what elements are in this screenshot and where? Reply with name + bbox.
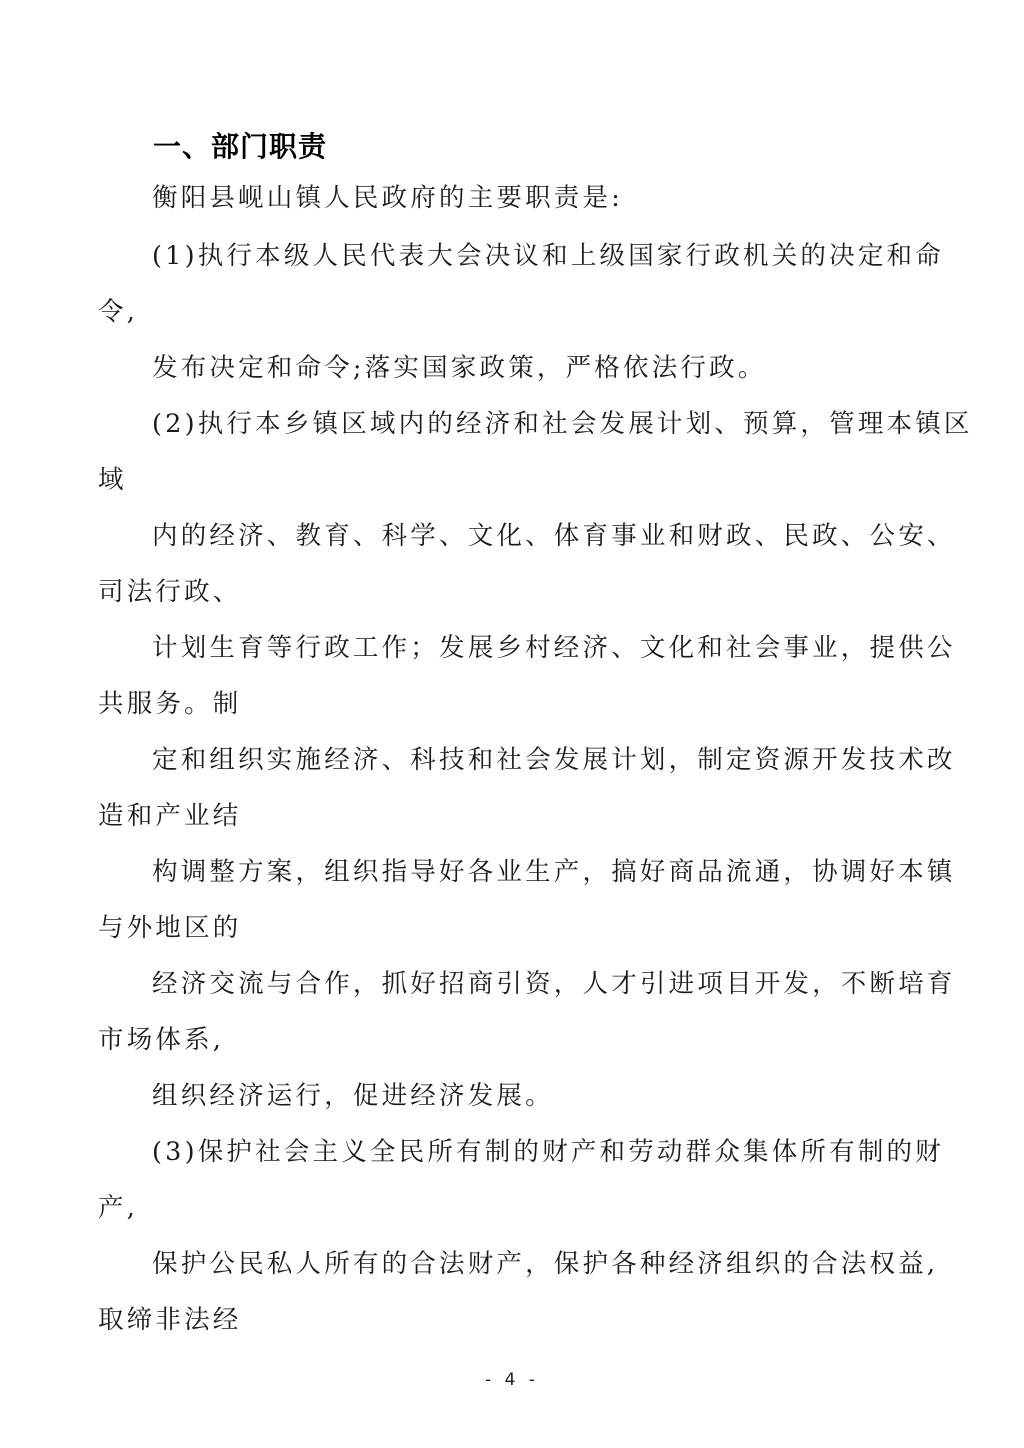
text-line: 造和产业结: [98, 796, 242, 836]
text-line: 发布决定和命令;落实国家政策，严格依法行政。: [152, 348, 767, 388]
page-number: - 4 -: [0, 1370, 1024, 1390]
text-line: 市场体系,: [98, 1020, 224, 1060]
text-line: 计划生育等行政工作；发展乡村经济、文化和社会事业，提供公: [152, 628, 956, 668]
text-line: 定和组织实施经济、科技和社会发展计划，制定资源开发技术改: [152, 740, 956, 780]
text-line: 与外地区的: [98, 908, 242, 948]
text-line: 内的经济、教育、科学、文化、体育事业和财政、民政、公安、: [152, 516, 956, 556]
text-line: 产,: [98, 1188, 138, 1228]
text-line: 令,: [98, 292, 138, 332]
text-line: 共服务。制: [98, 684, 242, 724]
text-line: (2)执行本乡镇区域内的经济和社会发展计划、预算，管理本镇区: [152, 404, 973, 444]
text-line: (1)执行本级人民代表大会决议和上级国家行政机关的决定和命: [152, 236, 944, 276]
document-page: 一、部门职责 衡阳县岘山镇人民政府的主要职责是:(1)执行本级人民代表大会决议和…: [0, 0, 1024, 1448]
section-heading: 一、部门职责: [153, 125, 327, 169]
text-line: 组织经济运行，促进经济发展。: [152, 1076, 554, 1116]
text-line: 经济交流与合作，抓好招商引资，人才引进项目开发，不断培育: [152, 964, 956, 1004]
text-line: 保护公民私人所有的合法财产，保护各种经济组织的合法权益,: [152, 1244, 938, 1284]
text-line: 构调整方案，组织指导好各业生产，搞好商品流通，协调好本镇: [152, 852, 956, 892]
text-line: 域: [98, 460, 127, 500]
text-line: 取缔非法经: [98, 1300, 242, 1340]
text-line: 司法行政、: [98, 572, 242, 612]
text-line: (3)保护社会主义全民所有制的财产和劳动群众集体所有制的财: [152, 1132, 944, 1172]
text-line: 衡阳县岘山镇人民政府的主要职责是:: [152, 178, 623, 218]
